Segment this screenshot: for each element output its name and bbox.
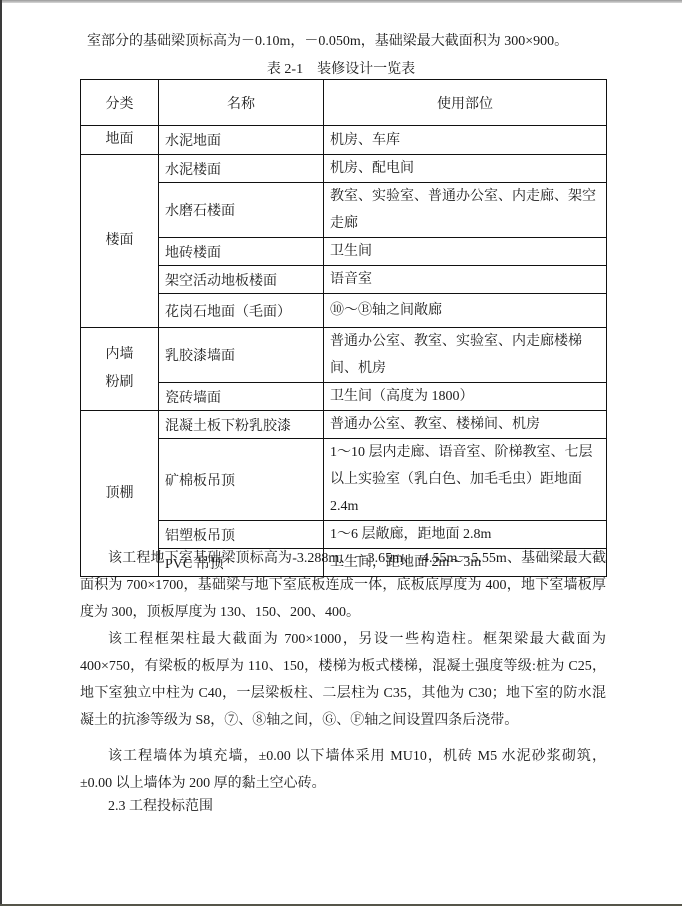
location-cell: 教室、实验室、普通办公室、内走廊、架空走廊: [324, 183, 607, 238]
location-cell: ⑩～Ⓑ轴之间敞廊: [324, 294, 607, 328]
location-cell: 语音室: [324, 266, 607, 294]
location-cell: 普通办公室、教室、楼梯间、机房: [324, 411, 607, 439]
category-line: 粉刷: [87, 369, 152, 397]
name-cell: 水泥地面: [159, 126, 324, 155]
category-cell: 地面: [81, 126, 159, 155]
category-cell: 楼面: [81, 155, 159, 328]
name-cell: 花岗石地面（毛面）: [159, 294, 324, 328]
paragraph-walls: 该工程墙体为填充墙，±0.00 以下墙体采用 MU10，机砖 M5 水泥砂浆砌筑…: [80, 743, 606, 797]
intro-line: 室部分的基础梁顶标高为－0.10m，－0.050m，基础梁最大截面积为 300×…: [87, 32, 568, 52]
table-caption: 表 2-1 装修设计一览表: [0, 60, 682, 80]
table-row: 水磨石楼面 教室、实验室、普通办公室、内走廊、架空走廊: [81, 183, 607, 238]
header-location: 使用部位: [324, 80, 607, 126]
name-cell: 乳胶漆墙面: [159, 328, 324, 383]
name-cell: 架空活动地板楼面: [159, 266, 324, 294]
table-row: 地面 水泥地面 机房、车库: [81, 126, 607, 155]
name-cell: 矿棉板吊顶: [159, 439, 324, 521]
name-cell: 水泥楼面: [159, 155, 324, 183]
table-row: 地砖楼面 卫生间: [81, 238, 607, 266]
location-cell: 机房、配电间: [324, 155, 607, 183]
category-line: 内墙: [87, 341, 152, 369]
table-row: 矿棉板吊顶 1～10 层内走廊、语音室、阶梯教室、七层以上实验室（乳白色、加毛毛…: [81, 439, 607, 521]
location-cell: 卫生间: [324, 238, 607, 266]
name-cell: 瓷砖墙面: [159, 383, 324, 411]
document-page: 室部分的基础梁顶标高为－0.10m，－0.050m，基础梁最大截面积为 300×…: [0, 0, 682, 906]
table-header-row: 分类 名称 使用部位: [81, 80, 607, 126]
section-heading: 2.3 工程投标范围: [108, 797, 213, 817]
location-cell: 卫生间（高度为 1800）: [324, 383, 607, 411]
location-cell: 普通办公室、教室、实验室、内走廊楼梯间、机房: [324, 328, 607, 383]
paragraph-foundation: 该工程地下室基础梁顶标高为-3.288m、－3.65m、-4.55m－5.55m…: [80, 545, 606, 626]
header-name: 名称: [159, 80, 324, 126]
paragraph-frame: 该工程框架柱最大截面为 700×1000，另设一些构造柱。框架梁最大截面为 40…: [80, 626, 606, 734]
table-row: 内墙 粉刷 乳胶漆墙面 普通办公室、教室、实验室、内走廊楼梯间、机房: [81, 328, 607, 383]
table-row: 楼面 水泥楼面 机房、配电间: [81, 155, 607, 183]
page-left-border: [0, 0, 2, 906]
table-row: 顶棚 混凝土板下粉乳胶漆 普通办公室、教室、楼梯间、机房: [81, 411, 607, 439]
table-row: 瓷砖墙面 卫生间（高度为 1800）: [81, 383, 607, 411]
table-row: 花岗石地面（毛面） ⑩～Ⓑ轴之间敞廊: [81, 294, 607, 328]
location-cell: 1～10 层内走廊、语音室、阶梯教室、七层以上实验室（乳白色、加毛毛虫）距地面 …: [324, 439, 607, 521]
location-cell: 机房、车库: [324, 126, 607, 155]
name-cell: 水磨石楼面: [159, 183, 324, 238]
table-row: 架空活动地板楼面 语音室: [81, 266, 607, 294]
page-top-border: [0, 0, 682, 3]
decoration-design-table: 分类 名称 使用部位 地面 水泥地面 机房、车库 楼面 水泥楼面 机房、配电间 …: [80, 79, 607, 577]
category-cell: 内墙 粉刷: [81, 328, 159, 411]
header-category: 分类: [81, 80, 159, 126]
name-cell: 地砖楼面: [159, 238, 324, 266]
name-cell: 混凝土板下粉乳胶漆: [159, 411, 324, 439]
